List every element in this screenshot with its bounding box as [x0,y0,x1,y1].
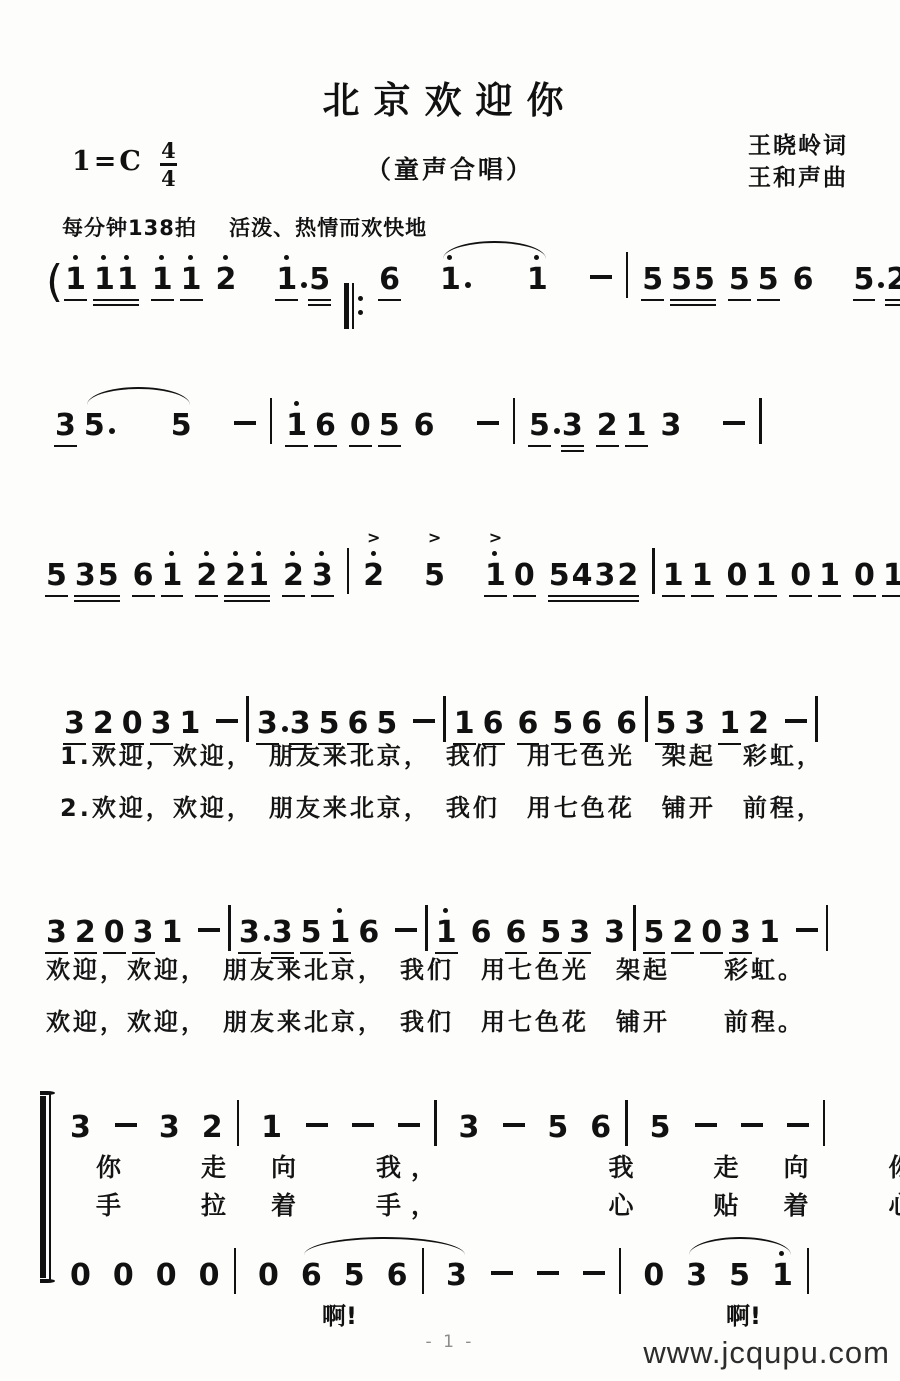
barline [425,905,428,951]
note-digit: 5 [98,559,119,593]
duration-underline [885,304,900,307]
repeat-dots [358,283,365,329]
note-digit: 2 [886,263,900,297]
note: 1> [485,559,506,593]
duration-dash [695,1123,717,1127]
watermark: www.jcqupu.com [643,1335,890,1371]
duration-underline [596,445,619,448]
note: 3 [159,1111,180,1145]
barline [633,905,636,951]
note: 4 [572,559,593,593]
note-digit: 1 [626,409,647,443]
note: 1 [819,559,840,593]
music-line-lower-voice: 0000065630351 [70,1248,817,1300]
duration-underline [882,595,900,598]
augmentation-dot [301,282,307,288]
note: 1 [436,916,457,950]
duration-underline [285,445,308,448]
note-digit: 3 [661,409,682,443]
note: 5 [301,916,322,950]
barline [807,1248,810,1294]
note: 1 [692,559,713,593]
note: 1 [181,263,202,297]
octave-dot [169,551,174,556]
note-digit: 5 [549,559,570,593]
note: 1 [663,559,684,593]
duration-underline [726,595,749,598]
note-digit: 5 [729,263,750,297]
rest-note: 0 [350,409,371,443]
credits: 王晓岭词 王和声曲 [748,130,848,194]
note: 6 [414,409,435,443]
duration-underline [54,445,77,448]
duration-underline [247,595,270,598]
note: 1 [286,409,307,443]
repeat-thick-bar [344,283,349,329]
note: 1 [117,263,138,297]
barline [625,1100,628,1146]
note-digit: 1 [527,263,548,297]
lyrics-ah-2: 啊! [726,1296,761,1331]
duration-underline [308,304,331,307]
duration-underline [180,299,203,302]
augmentation-dot [554,428,560,434]
lyrics-verse-4: 欢迎，欢迎， 朋友来北京， 我们 用七色花 铺开 前程。 [46,1002,805,1037]
note: 1 [440,263,461,297]
duration-dash [234,421,256,425]
note-digit: 1 [94,263,115,297]
note: 6 [358,916,379,950]
duration-underline [74,595,97,598]
note-digit: 1 [162,916,183,950]
octave-dot [294,401,299,406]
note-digit: 2 [283,559,304,593]
note: 5 [644,916,665,950]
note-digit: 0 [70,1259,91,1293]
note-digit: 1 [436,916,457,950]
note: 3 [55,409,76,443]
note: 6 [315,409,336,443]
note: 3 [46,916,67,950]
duration-underline [571,595,594,598]
duration-dash [537,1271,559,1275]
rest-note: 0 [643,1259,664,1293]
duration-underline [151,299,174,302]
duration-underline [693,299,716,302]
note-digit: 0 [104,916,125,950]
note-digit: 3 [446,1259,467,1293]
note-digit: 1 [883,559,900,593]
barline [652,548,655,594]
note-digit: 0 [156,1259,177,1293]
tie-slur-arc [304,1237,465,1255]
duration-underline [693,304,716,307]
octave-dot [223,255,228,260]
lyrics-verse-2: 2.欢迎，欢迎， 朋友来北京， 我们 用七色花 铺开 前程， [60,788,824,823]
note: 5 [758,263,779,297]
note-digit: 2 [617,559,638,593]
lyrics-duet-row-1: 你 走 向 我， 我 走 向 你， [96,1148,900,1184]
note-digit: 3 [312,559,333,593]
note: 6 [506,916,527,950]
note: 3 [595,559,616,593]
note: 6 [379,263,400,297]
note: 3 [272,916,293,950]
note-digit: 5 [758,263,779,297]
open-parenthesis: ( [46,265,63,299]
duration-underline [616,595,639,598]
accent-mark: > [489,531,502,545]
duration-underline [93,299,116,302]
note: 3 [569,916,590,950]
note-digit: 0 [258,1259,279,1293]
barline [270,398,273,444]
octave-dot [233,551,238,556]
note: 2 [283,559,304,593]
augmentation-dot [264,935,270,941]
barline [347,548,350,594]
note: 5 [540,916,561,950]
duration-underline [93,304,116,307]
duration-dash [491,1271,513,1275]
octave-dot [204,551,209,556]
note: 6 [590,1111,611,1145]
note: 5 [547,1111,568,1145]
octave-dot [443,908,448,913]
expression-marking: 活泼、热情而欢快地 [229,216,427,240]
note-digit: 3 [686,1259,707,1293]
tempo-line: 每分钟138拍 活泼、热情而欢快地 [62,212,427,242]
lyrics-verse-3: 欢迎，欢迎， 朋友来北京， 我们 用七色光 架起 彩虹。 [46,950,805,985]
duration-underline [548,600,571,603]
note-digit: 2 [75,916,96,950]
accent-mark: > [367,531,380,545]
duration-dash [477,421,499,425]
octave-dot [73,255,78,260]
duration-underline [789,595,812,598]
note-digit: 1 [181,263,202,297]
note-digit: 4 [572,559,593,593]
note: 3 [75,559,96,593]
note-digit: 3 [604,916,625,950]
note-digit: 2 [216,263,237,297]
rest-note: 0 [70,1259,91,1293]
duration-underline [195,595,218,598]
duration-underline [670,304,693,307]
sheet-music-page: 北京欢迎你 1=C 4 4 （童声合唱） 王晓岭词 王和声曲 每分钟138拍 活… [0,0,900,1381]
tie-slur-arc [87,387,190,405]
note-digit: 3 [562,409,583,443]
note-digit: 1 [65,263,86,297]
augmentation-dot [878,282,884,288]
repeat-thin-bar [352,283,354,329]
bracket-thick-line [40,1096,46,1278]
note: 3 [239,916,260,950]
bracket-hook-bottom [40,1279,55,1283]
duration-underline [378,299,401,302]
note: 1 [261,1111,282,1145]
duration-underline [670,299,693,302]
note: 6 [301,1259,322,1293]
note: 2 [225,559,246,593]
duration-dash [796,928,818,932]
note-digit: 5 [424,559,445,593]
note-digit: 3 [75,559,96,593]
rest-note: 0 [258,1259,279,1293]
note: 6 [133,559,154,593]
note: 1 [65,263,86,297]
note: 5 [729,263,750,297]
note: 5 [694,263,715,297]
barline [234,1248,237,1294]
duration-underline [224,595,247,598]
duration-underline [224,600,247,603]
note-digit: 0 [643,1259,664,1293]
rest-note: 0 [854,559,875,593]
note: 3 [446,1259,467,1293]
note: 5 [84,409,105,443]
note: 3 [70,1111,91,1145]
note-digit: 1 [692,559,713,593]
duration-underline [513,595,536,598]
note: 6 [471,916,492,950]
duration-underline [728,299,751,302]
duration-underline [616,600,639,603]
note-digit: 1 [152,263,173,297]
duration-underline [885,299,900,302]
duration-underline [548,595,571,598]
octave-dot [337,908,342,913]
note: 5 [650,1111,671,1145]
note-digit: 6 [358,916,379,950]
rest-note: 0 [701,916,722,950]
note: 5 [642,263,663,297]
note-digit: 0 [727,559,748,593]
note-digit: 5 [84,409,105,443]
octave-dot [371,551,376,556]
rest-note: 0 [113,1259,134,1293]
note: 5 [98,559,119,593]
note-digit: 6 [379,263,400,297]
duration-underline [662,595,685,598]
duration-dash [306,1123,328,1127]
note-digit: 5 [309,263,330,297]
note: 1 [759,916,780,950]
note-digit: 1 [261,1111,282,1145]
note: 1 [94,263,115,297]
duration-underline [571,600,594,603]
note: 1 [276,263,297,297]
duration-underline [161,595,184,598]
note-digit: 0 [790,559,811,593]
note-digit: 1 [162,559,183,593]
octave-dot [319,551,324,556]
note-digit: 1 [248,559,269,593]
note-digit: 2 [202,1111,223,1145]
note-digit: 5 [671,263,692,297]
note-digit: 0 [701,916,722,950]
duration-dash [583,1271,605,1275]
note-digit: 1 [330,916,351,950]
note-digit: 3 [133,916,154,950]
note-digit: 5 [344,1259,365,1293]
note: 5 [671,263,692,297]
note-digit: 5 [547,1111,568,1145]
duration-dash [216,719,238,723]
note-digit: 1 [440,263,461,297]
note: 2 [216,263,237,297]
note: 5 [549,559,570,593]
duration-underline [116,304,139,307]
octave-dot [101,255,106,260]
barline [434,1100,437,1146]
duration-dash [723,421,745,425]
note: 1 [527,263,548,297]
duration-dash [115,1123,137,1127]
note-digit: 1 [117,263,138,297]
note-digit: 2 [196,559,217,593]
note: 5 [854,263,875,297]
augmentation-dot [282,726,288,732]
duration-dash [395,928,417,932]
octave-dot [124,255,129,260]
note-digit: 1 [276,263,297,297]
duration-underline [378,445,401,448]
note-digit: 1 [819,559,840,593]
barline [513,398,516,444]
note: 3 [730,916,751,950]
note: 1 [626,409,647,443]
note-digit: 0 [514,559,535,593]
note: 6 [387,1259,408,1293]
note-digit: 3 [55,409,76,443]
note-digit: 3 [730,916,751,950]
note-digit: 6 [133,559,154,593]
note: 1 [152,263,173,297]
rest-note: 0 [156,1259,177,1293]
note-digit: 6 [315,409,336,443]
duration-dash [785,719,807,723]
note-digit: 6 [471,916,492,950]
note: 5 [529,409,550,443]
octave-dot [188,255,193,260]
barline [823,1100,826,1146]
rest-note: 0 [727,559,748,593]
accent-mark: > [428,531,441,545]
note-digit: 2 [672,916,693,950]
lyrics-ah-1: 啊! [322,1296,357,1331]
note-digit: 0 [113,1259,134,1293]
barline [237,1100,240,1146]
note-digit: 2 [597,409,618,443]
duration-dash [787,1123,809,1127]
duration-dash [590,275,612,279]
duration-underline [594,595,617,598]
music-line-upper-voice: 33213565 [70,1100,833,1152]
lyricist-credit: 王晓岭词 [748,130,848,162]
note: 6 [793,263,814,297]
note: 1 [162,916,183,950]
duration-dash [741,1123,763,1127]
note: 2 [617,559,638,593]
duration-underline [641,299,664,302]
octave-dot [492,551,497,556]
duration-underline [691,595,714,598]
duration-underline [754,595,777,598]
note-digit: 5 [650,1111,671,1145]
duration-underline [528,445,551,448]
note: 5 [46,559,67,593]
note-digit: 6 [387,1259,408,1293]
duration-dash [398,1123,420,1127]
note: 5> [424,559,445,593]
duration-dash [503,1123,525,1127]
duration-underline [282,595,305,598]
duration-underline [757,299,780,302]
note-digit: 6 [793,263,814,297]
duration-underline [132,595,155,598]
note-digit: 1 [755,559,776,593]
duration-underline [561,450,584,453]
note-digit: 5 [854,263,875,297]
lyrics-verse-1: 1.欢迎，欢迎， 朋友来北京， 我们 用七色光 架起 彩虹， [60,736,824,771]
note-digit: 1 [485,559,506,593]
bracket-hook-top [40,1091,55,1095]
note-digit: 5 [379,409,400,443]
music-line-3: 53561221232>5>1>0543211010101) [46,548,900,600]
duration-underline [308,299,331,302]
note-digit: 5 [694,263,715,297]
rest-note: 0 [790,559,811,593]
octave-dot [284,255,289,260]
rest-note: 0 [199,1259,220,1293]
note: 3 [312,559,333,593]
duration-underline [484,595,507,598]
note: 2 [886,263,900,297]
note: 2 [75,916,96,950]
note: 1 [330,916,351,950]
note: 1 [248,559,269,593]
note: 1 [883,559,900,593]
note-digit: 5 [171,409,192,443]
note-digit: 3 [595,559,616,593]
note-digit: 3 [272,916,293,950]
duration-underline [625,445,648,448]
barline [626,252,629,298]
duration-dash [413,719,435,723]
barline [619,1248,622,1294]
note: 3 [459,1111,480,1145]
note: 2 [202,1111,223,1145]
note: 5 [344,1259,365,1293]
duration-underline [561,445,584,448]
tie-slur-arc [443,241,546,259]
duration-underline [74,600,97,603]
note-digit: 3 [569,916,590,950]
octave-dot [256,551,261,556]
note: 5 [171,409,192,443]
note: 5 [309,263,330,297]
note: 3 [661,409,682,443]
rest-note: 0 [104,916,125,950]
note-digit: 1 [759,916,780,950]
note: 5 [729,1259,750,1293]
duration-underline [314,445,337,448]
duration-dash [352,1123,374,1127]
note: 2 [196,559,217,593]
note-digit: 6 [506,916,527,950]
duration-underline [349,445,372,448]
